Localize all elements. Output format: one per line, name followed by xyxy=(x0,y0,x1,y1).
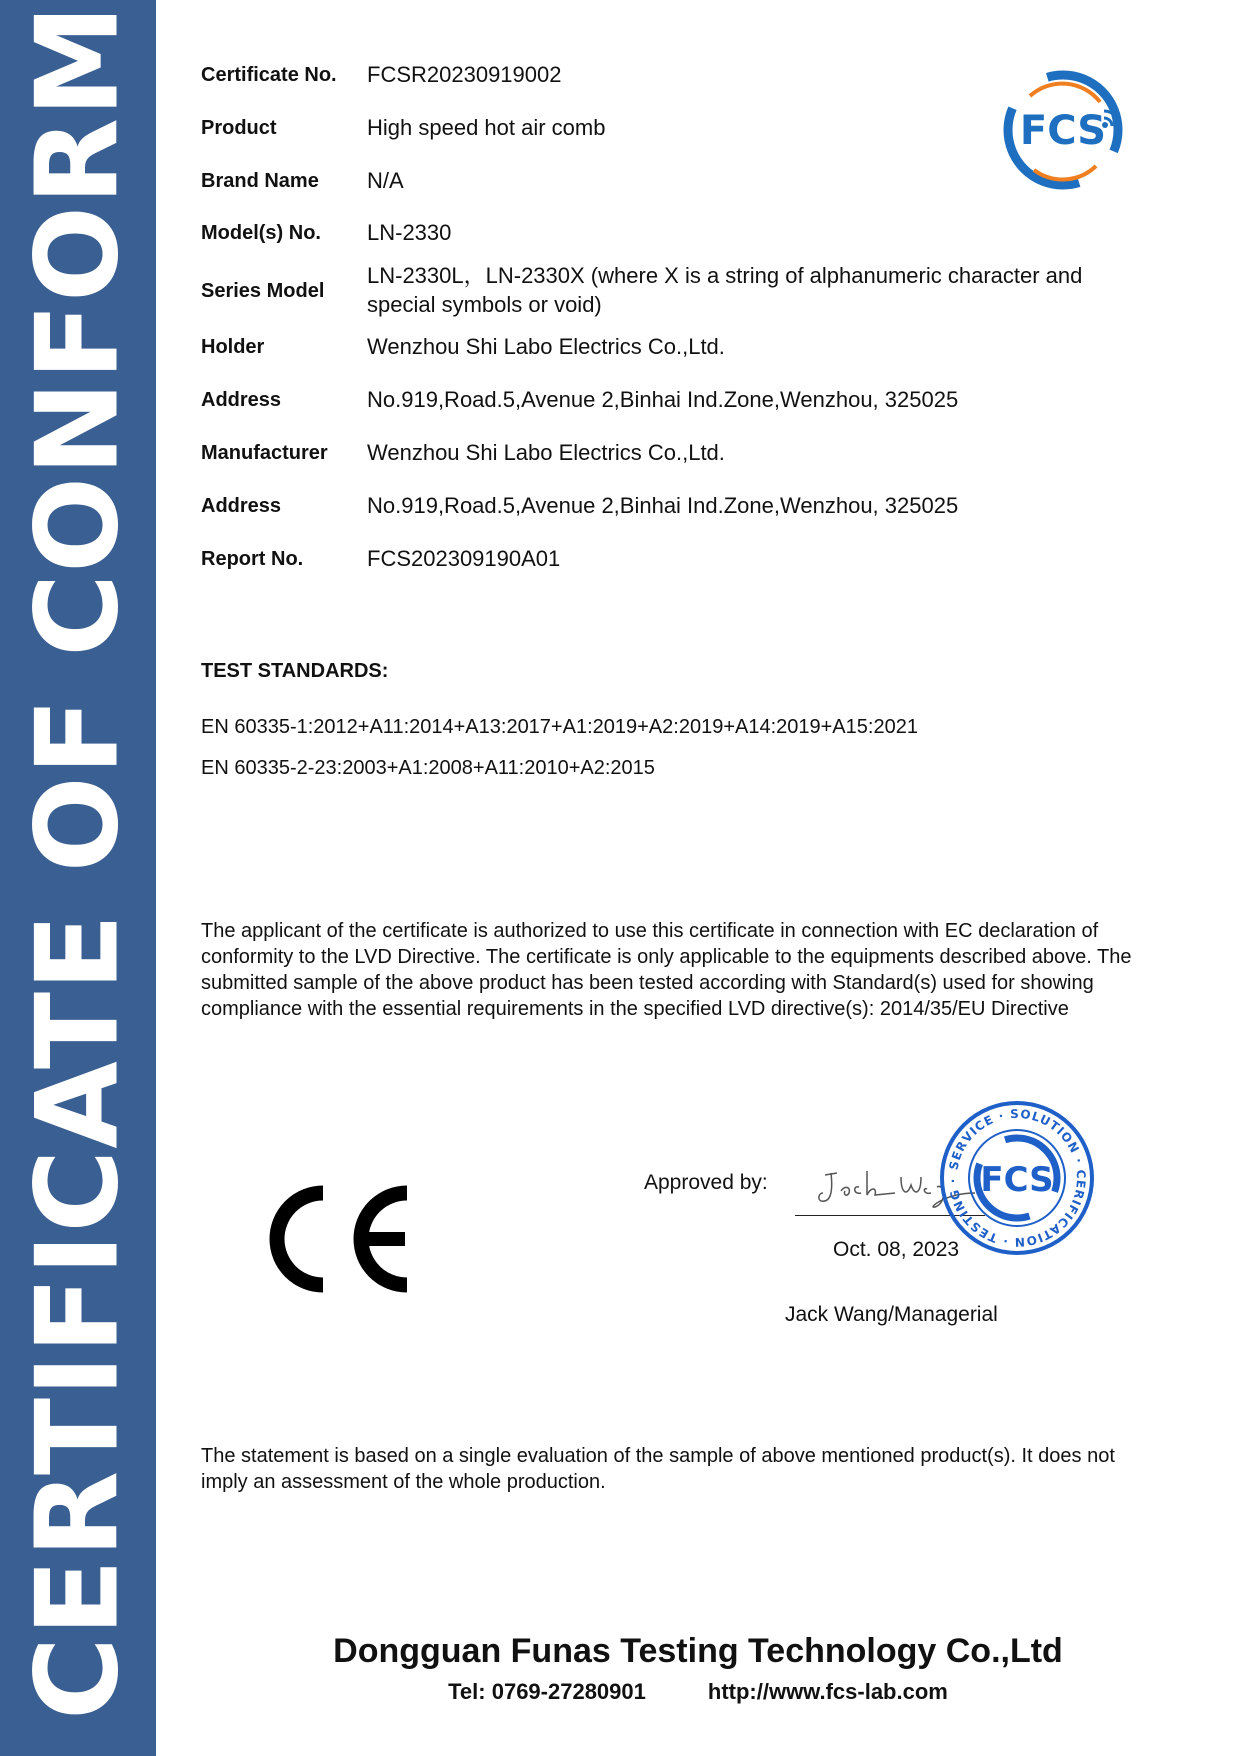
sidebar-title: CERTIFICATE OF CONFORMITY xyxy=(22,40,135,1720)
field-model-no: Model(s) No. LN-2330 xyxy=(201,218,1151,248)
footer-company-name: Dongguan Funas Testing Technology Co.,Lt… xyxy=(156,1632,1240,1671)
field-label: Series Model xyxy=(201,276,324,306)
test-standard-item: EN 60335-2-23:2003+A1:2008+A11:2010+A2:2… xyxy=(201,757,655,780)
logo-text: FCS xyxy=(1020,108,1106,154)
footer-contact: Tel: 0769-27280901http://www.fcs-lab.com xyxy=(156,1679,1240,1705)
signer-name: Jack Wang/Managerial xyxy=(785,1303,998,1327)
field-label: Certificate No. xyxy=(201,60,337,90)
field-manufacturer: Manufacturer Wenzhou Shi Labo Electrics … xyxy=(201,438,1151,468)
field-value: No.919,Road.5,Avenue 2,Binhai Ind.Zone,W… xyxy=(367,385,958,415)
test-standard-item: EN 60335-1:2012+A11:2014+A13:2017+A1:201… xyxy=(201,716,918,739)
fcs-logo-icon: FCS xyxy=(1000,66,1130,196)
ce-mark-icon xyxy=(255,1185,415,1293)
field-report-no: Report No. FCS202309190A01 xyxy=(201,544,1151,574)
field-label: Manufacturer xyxy=(201,438,328,468)
field-label: Brand Name xyxy=(201,166,319,196)
footer-tel: Tel: 0769-27280901 xyxy=(448,1679,646,1705)
statement-text: The statement is based on a single evalu… xyxy=(201,1443,1161,1495)
field-label: Model(s) No. xyxy=(201,218,321,248)
footer-website-link[interactable]: http://www.fcs-lab.com xyxy=(708,1679,948,1705)
field-value: LN-2330L，LN-2330X (where X is a string o… xyxy=(367,261,1147,319)
field-label: Report No. xyxy=(201,544,303,574)
field-holder-address: Address No.919,Road.5,Avenue 2,Binhai In… xyxy=(201,385,1151,415)
authorization-text: The applicant of the certificate is auth… xyxy=(201,918,1161,1022)
field-value: LN-2330 xyxy=(367,218,451,248)
approval-date: Oct. 08, 2023 xyxy=(833,1238,959,1262)
field-series-model: Series Model LN-2330L，LN-2330X (where X … xyxy=(201,261,1151,321)
field-value: Wenzhou Shi Labo Electrics Co.,Ltd. xyxy=(367,438,725,468)
field-value: N/A xyxy=(367,166,404,196)
field-label: Product xyxy=(201,113,277,143)
stamp-center-text: FCS xyxy=(980,1160,1053,1200)
certification-stamp-icon: SERVICE · SOLUTION · CERIFICATION · TEST… xyxy=(938,1099,1096,1257)
field-holder: Holder Wenzhou Shi Labo Electrics Co.,Lt… xyxy=(201,332,1151,362)
field-label: Address xyxy=(201,385,281,415)
field-value: FCSR20230919002 xyxy=(367,60,561,90)
field-label: Holder xyxy=(201,332,264,362)
field-value: No.919,Road.5,Avenue 2,Binhai Ind.Zone,W… xyxy=(367,491,958,521)
field-manufacturer-address: Address No.919,Road.5,Avenue 2,Binhai In… xyxy=(201,491,1151,521)
field-value: Wenzhou Shi Labo Electrics Co.,Ltd. xyxy=(367,332,725,362)
test-standards-heading: TEST STANDARDS: xyxy=(201,660,388,683)
approved-by-label: Approved by: xyxy=(644,1171,768,1195)
field-value: FCS202309190A01 xyxy=(367,544,560,574)
field-label: Address xyxy=(201,491,281,521)
field-value: High speed hot air comb xyxy=(367,113,605,143)
sidebar-banner: CERTIFICATE OF CONFORMITY xyxy=(0,0,156,1756)
